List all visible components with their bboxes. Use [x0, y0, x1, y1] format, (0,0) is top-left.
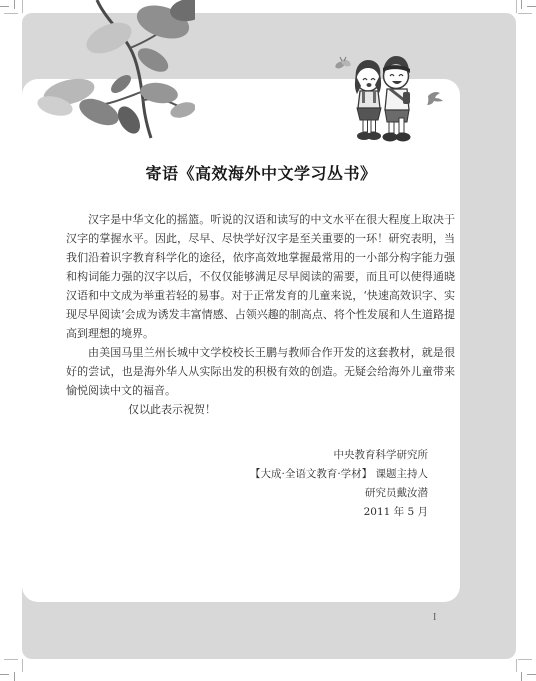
crop-mark [0, 674, 9, 675]
crop-mark [22, 0, 23, 13]
crop-mark [516, 659, 517, 672]
crop-mark [0, 6, 9, 7]
crop-mark [22, 659, 23, 672]
book-page: 寄语《高效海外中文学习丛书》 汉字是中华文化的摇篮。听说的汉语和读写的中文水平在… [0, 0, 536, 681]
signature-name: 研究员戴汝潜 [66, 484, 428, 503]
branch-leaves-illustration [25, 0, 195, 140]
crop-mark [518, 13, 532, 14]
crop-mark [516, 0, 517, 13]
crop-mark [521, 672, 522, 681]
crop-mark [14, 672, 15, 681]
signature-date: 2011 年 5 月 [66, 503, 428, 522]
crop-mark [527, 6, 536, 7]
signature-block: 中央教育科学研究所 【大成·全语文教育·学材】 课题主持人 研究员戴汝潜 201… [66, 446, 428, 522]
closing-line: 仅以此表示祝贺！ [66, 400, 455, 419]
crop-mark [527, 674, 536, 675]
signature-role: 【大成·全语文教育·学材】 课题主持人 [66, 465, 428, 484]
butterfly-icon [334, 57, 352, 70]
page-title: 寄语《高效海外中文学习丛书》 [66, 161, 456, 184]
crop-mark [4, 13, 18, 14]
crop-mark [521, 0, 522, 9]
body-text: 汉字是中华文化的摇篮。听说的汉语和读写的中文水平在很大程度上取决于汉字的掌握水平… [66, 210, 455, 419]
boy-figure [383, 56, 411, 142]
paragraph-1: 汉字是中华文化的摇篮。听说的汉语和读写的中文水平在很大程度上取决于汉字的掌握水平… [66, 210, 455, 343]
paragraph-2: 由美国马里兰州长城中文学校校长王鹏与教师合作开发的这套教材，就是很好的尝试，也是… [66, 343, 455, 400]
bird-icon [427, 92, 443, 105]
signature-org: 中央教育科学研究所 [66, 446, 428, 465]
page-number: I [433, 612, 436, 623]
crop-mark [4, 659, 18, 660]
crop-mark [14, 0, 15, 9]
girl-figure [355, 60, 381, 140]
children-illustration [330, 52, 445, 144]
crop-mark [518, 659, 532, 660]
